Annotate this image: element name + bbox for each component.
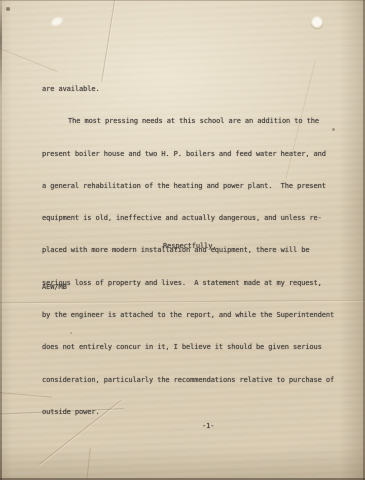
typed-line: outside power.: [42, 404, 342, 420]
typed-line: present boiler house and two H. P. boile…: [42, 146, 342, 162]
paper-flaw-spot: [311, 16, 323, 28]
paper-flaw-spot: [49, 14, 65, 28]
page-number: -1-: [202, 418, 214, 434]
typed-line: does not entirely concur in it, I believ…: [42, 339, 342, 355]
typed-line: equipment is old, ineffective and actual…: [42, 210, 342, 226]
typed-line: by the engineer is attached to the repor…: [42, 307, 342, 323]
letter-page: are available. The most pressing needs a…: [0, 0, 365, 480]
typed-line: The most pressing needs at this school a…: [42, 113, 342, 129]
crease-line: [86, 448, 91, 480]
corner-speck: [6, 7, 10, 11]
typist-initials: AEW/MB: [42, 279, 67, 295]
page-edge-shadow: [0, 0, 365, 1]
typed-line: serious loss of property and lives. A st…: [42, 275, 342, 291]
page-edge-shadow: [0, 0, 2, 480]
scanned-letter-photo: are available. The most pressing needs a…: [0, 0, 365, 480]
closing-respectfully: Respectfully,: [163, 238, 217, 254]
typed-line: a general rehabilitation of the heating …: [42, 178, 342, 194]
typed-line: are available.: [42, 81, 342, 97]
typed-line: consideration, particularly the recommen…: [42, 372, 342, 388]
